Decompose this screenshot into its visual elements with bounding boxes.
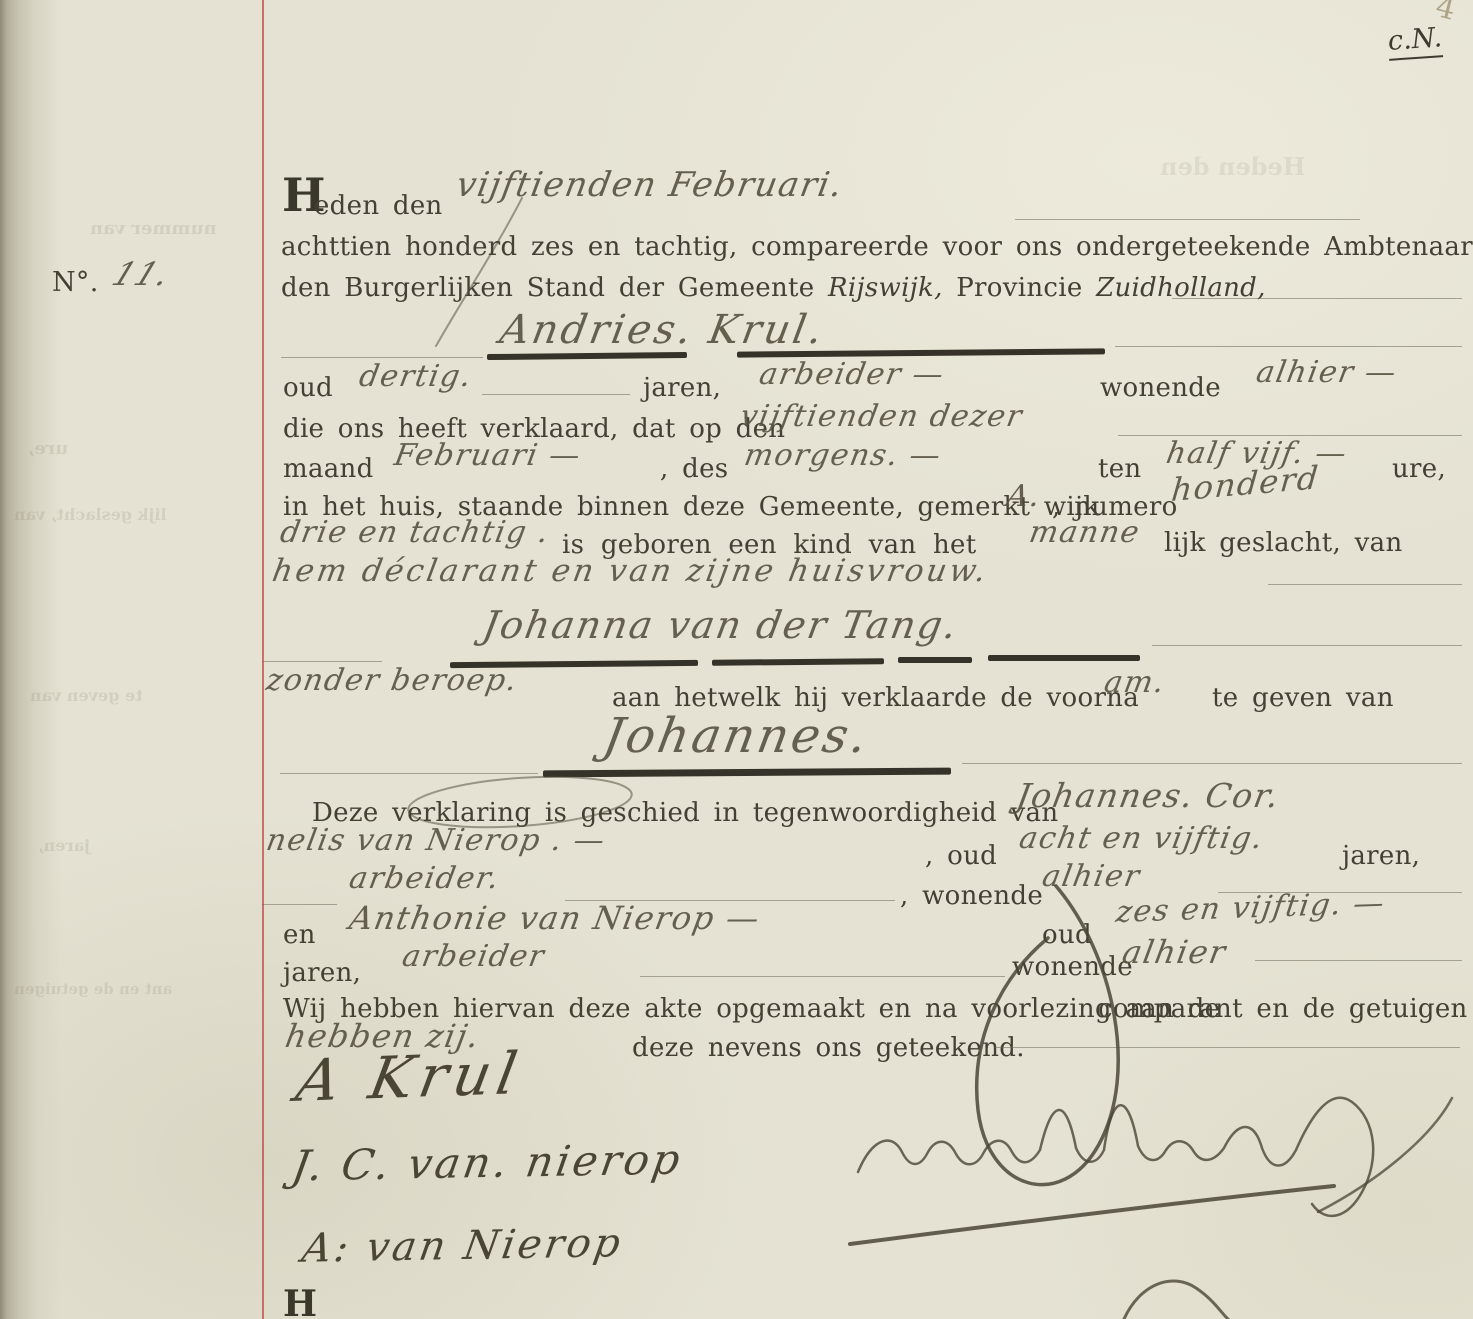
fill-line <box>1015 219 1360 220</box>
fill-line <box>482 394 630 395</box>
signature-declarant: A Krul <box>292 1044 527 1110</box>
printed-text: den Burgerlijken Stand der Gemeente <box>281 273 814 303</box>
printed-text: achttien honderd zes en tachtig, compare… <box>281 233 1473 262</box>
mother-name: Johanna van der Tang. <box>480 606 961 644</box>
printed-text: lijk geslacht, van <box>1164 529 1403 558</box>
declarant-age: dertig. <box>357 362 474 392</box>
child-gender: manne <box>1027 518 1143 548</box>
house-wijk: A. <box>1004 482 1043 512</box>
birth-daypart: morgens. — <box>742 441 944 471</box>
handwritten-word-end: am. <box>1102 668 1168 698</box>
fill-line <box>262 904 337 905</box>
printed-text: , oud <box>925 842 997 871</box>
act-number-label: N°. <box>52 268 99 298</box>
bleedthrough-text: nummer van <box>90 218 217 239</box>
fill-line <box>1172 298 1462 299</box>
next-act-drop-cap: H <box>283 1286 317 1319</box>
birth-month: Februari — <box>392 441 583 471</box>
signature-witness2: A: van Nierop <box>299 1223 626 1269</box>
bleedthrough-text: Heden den <box>1160 152 1305 181</box>
printed-text: comparant en de getuigen <box>1098 995 1468 1024</box>
bleedthrough-text: te geven van <box>30 686 142 705</box>
birth-certificate-scan: nummer van Heden den ure, lijk geslacht,… <box>0 0 1473 1319</box>
witness2-name: Anthonie van Nierop — <box>347 902 763 934</box>
act-number-value: 11. <box>108 258 176 290</box>
witness1-name-part2: nelis van Nierop . — <box>264 826 608 856</box>
house-number-part2: drie en tachtig . <box>278 518 552 548</box>
name-underline <box>898 657 972 663</box>
corner-annotation: c.N. <box>1387 22 1443 61</box>
fill-line <box>962 763 1462 764</box>
bleedthrough-text: ure, <box>28 438 68 459</box>
witness2-occupation: arbeider <box>400 942 547 972</box>
birth-day: vijftienden dezer <box>738 402 1025 432</box>
printed-text: , des <box>660 455 728 484</box>
declarant-occupation: arbeider — <box>757 360 947 390</box>
bleedthrough-text: ant en de getuigen <box>14 980 172 998</box>
margin-rule-line <box>262 0 264 1319</box>
printed-text: jaren, <box>283 959 361 988</box>
fill-line <box>1255 960 1462 961</box>
fill-line <box>1268 584 1462 585</box>
bleedthrough-text: jaren, <box>38 836 90 855</box>
fill-line <box>640 976 1005 977</box>
witness1-name-part1: Johannes. Cor. <box>1014 779 1283 812</box>
fill-line <box>995 1047 1460 1048</box>
gemeente-name: Rijswijk, <box>828 273 943 303</box>
printed-text: Provincie <box>956 273 1082 303</box>
name-underline <box>988 655 1140 661</box>
printed-text: eden den <box>314 192 443 221</box>
mother-occupation: zonder beroep. <box>264 666 520 696</box>
printed-text: ure, <box>1392 455 1446 484</box>
name-underline <box>543 768 951 778</box>
parent-declaration: hem déclarant en van zijne huisvrouw. <box>270 556 991 587</box>
printed-text: wonende <box>1100 374 1221 403</box>
name-underline <box>487 352 687 360</box>
signature-witness1: J. C. van. nierop <box>289 1139 686 1188</box>
printed-text: jaren, <box>643 374 721 403</box>
fill-line <box>280 773 538 774</box>
fill-line <box>1152 645 1462 646</box>
name-underline <box>712 658 884 666</box>
fill-line <box>281 357 483 358</box>
bleedthrough-text: lijk geslacht, van <box>14 505 167 524</box>
printed-text: oud <box>1042 921 1092 950</box>
child-name: Johannes. <box>600 712 873 760</box>
declarant-residence: alhier — <box>1254 358 1399 388</box>
printed-text: maand <box>283 455 374 484</box>
printed-text: deze nevens ons geteekend. <box>632 1034 1025 1063</box>
fill-line <box>262 661 382 662</box>
printed-text: en <box>283 921 316 950</box>
printed-text: te geven van <box>1212 684 1394 713</box>
printed-text: wonende <box>1012 953 1133 982</box>
declarant-name: Andries. Krul. <box>497 310 828 350</box>
witness1-occupation: arbeider. <box>347 864 502 894</box>
witness2-age: zes en vijftig. — <box>1114 889 1387 928</box>
printed-text: oud <box>283 374 333 403</box>
printed-text: ten <box>1098 455 1141 484</box>
printed-text: jaren, <box>1342 842 1420 871</box>
printed-text: den Burgerlijken Stand der Gemeente Rijs… <box>281 274 1266 303</box>
handwritten-date: vijftienden Februari. <box>454 168 846 202</box>
fill-line <box>1115 346 1462 347</box>
witness1-residence: alhier <box>1040 862 1143 892</box>
printed-text: , wonende <box>900 882 1043 911</box>
witness1-age: acht en vijftig. <box>1017 824 1266 854</box>
witness2-residence: alhier <box>1120 936 1229 968</box>
